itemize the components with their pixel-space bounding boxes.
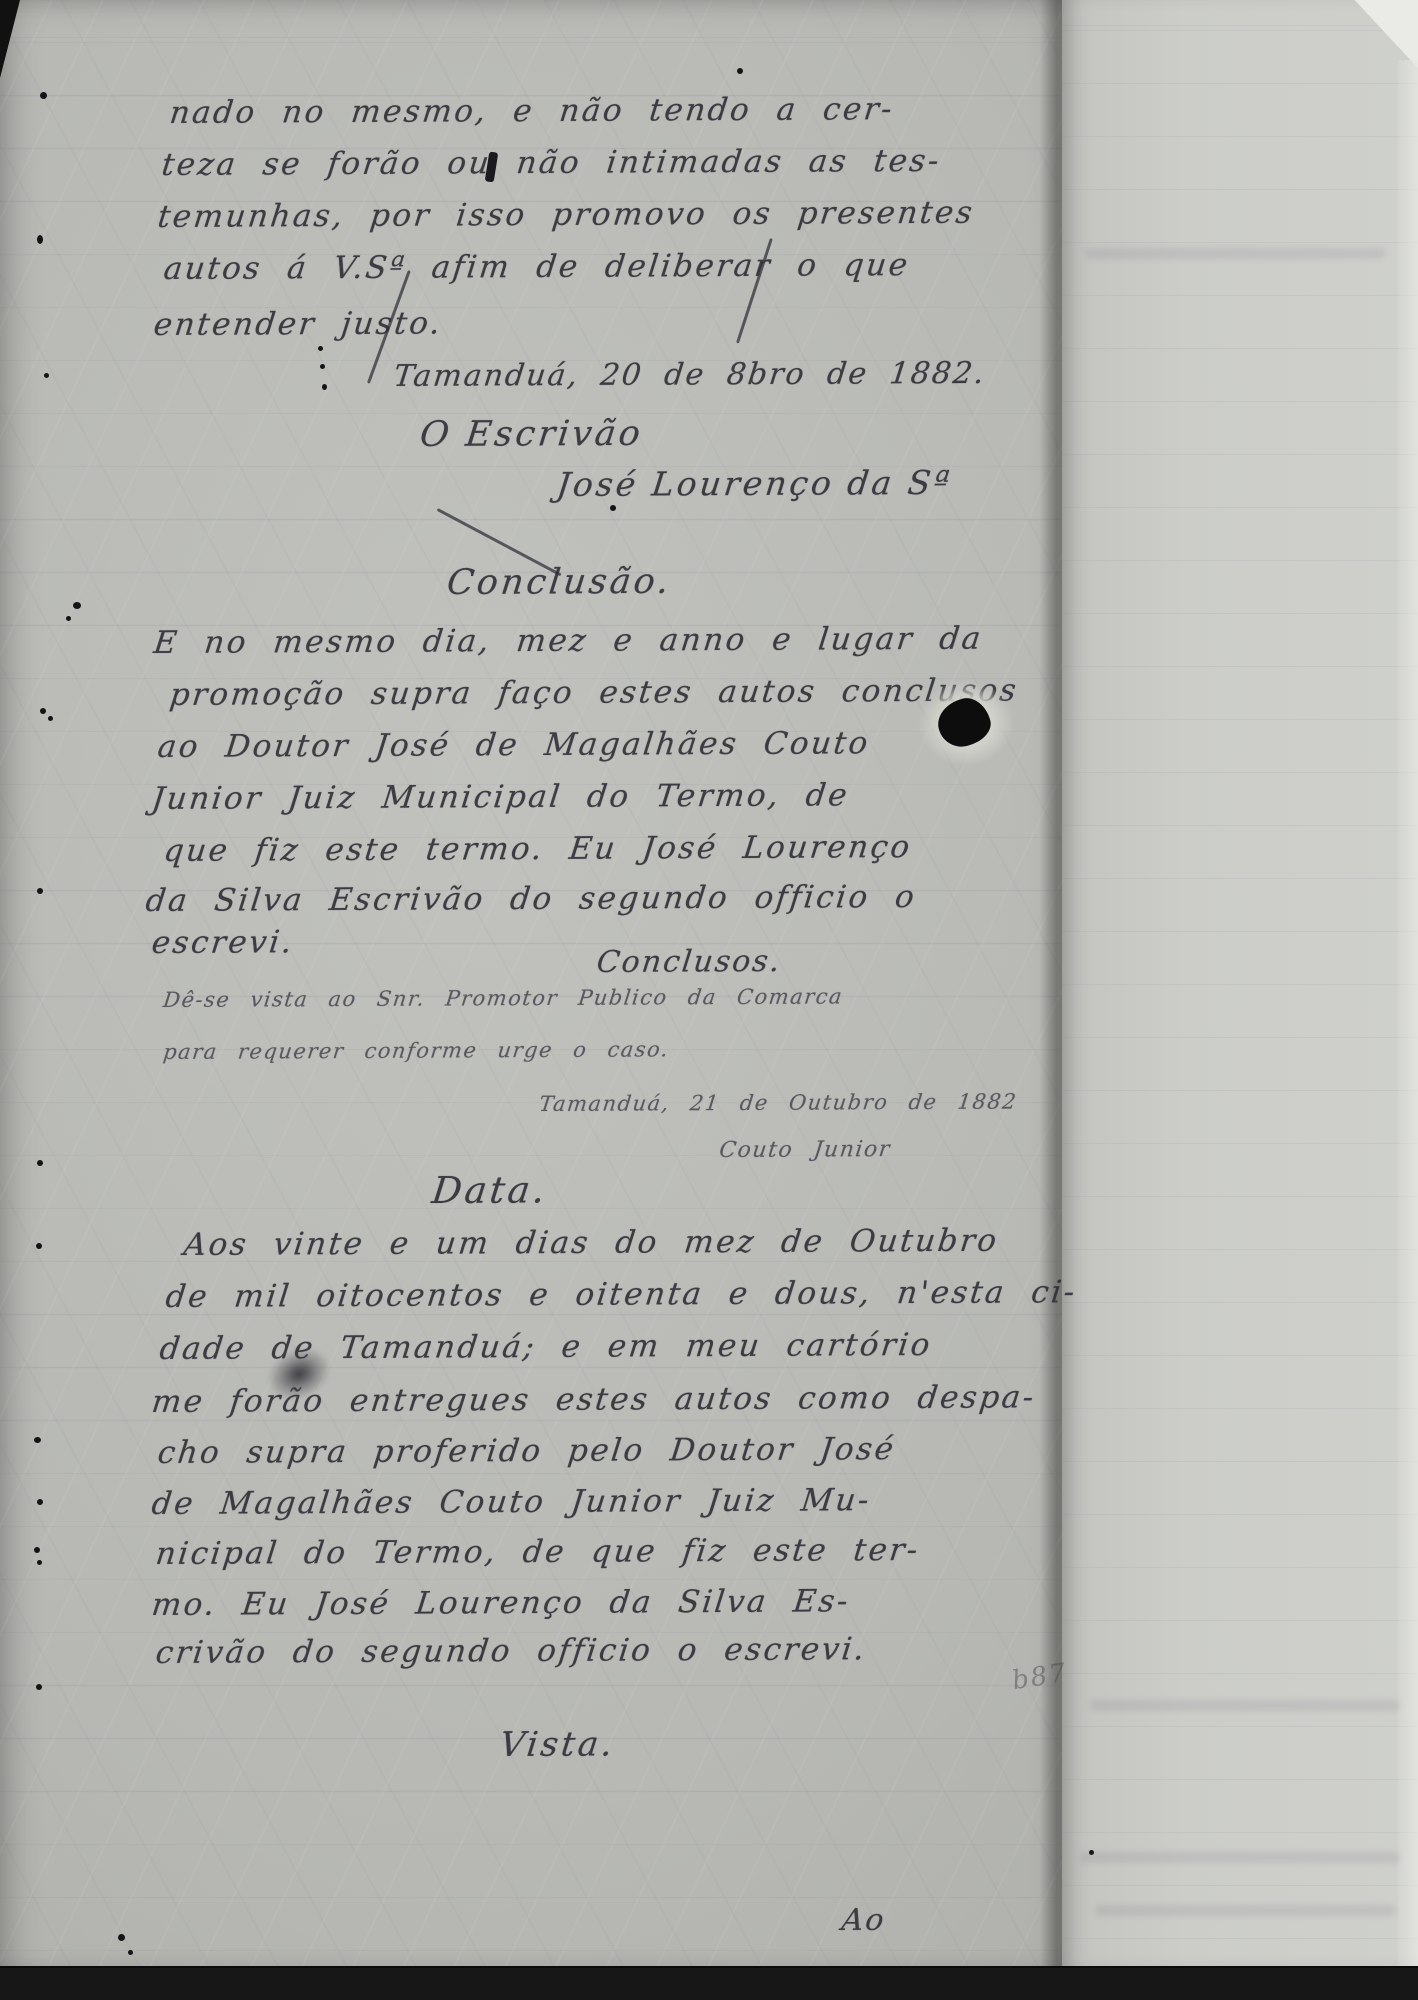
bleed-through-mark	[1080, 1852, 1400, 1863]
manuscript-line: escrevi.	[150, 927, 296, 959]
ink-speck	[37, 1160, 43, 1166]
dateline: Tamanduá, 20 de 8bro de 1882.	[392, 359, 987, 392]
manuscript-line: autos á V.Sª afim de deliberar o que	[162, 250, 911, 285]
next-page-edge	[1062, 0, 1418, 1966]
manuscript-line: mo. Eu José Lourenço da Silva Es-	[150, 1586, 852, 1621]
ink-speck	[48, 716, 53, 721]
role-line: O Escrivão	[418, 417, 645, 453]
ink-speck	[44, 373, 49, 378]
manuscript-line: cho supra proferido pelo Doutor José	[156, 1434, 897, 1469]
scanned-manuscript-page: nado no mesmo, e não tendo a cer- teza s…	[0, 0, 1418, 2000]
despacho-dateline: Tamanduá, 21 de Outubro de 1882	[538, 1091, 1018, 1115]
manuscript-line: de mil oitocentos e oitenta e dous, n'es…	[164, 1277, 1079, 1313]
section-heading-conclusao: Conclusão.	[445, 565, 673, 601]
ink-speck	[320, 364, 325, 369]
bleed-through-mark	[1090, 1700, 1400, 1711]
manuscript-line: teza se forão ou não intimadas as tes-	[160, 146, 943, 181]
ink-speck	[34, 1437, 41, 1443]
section-heading-vista: Vista.	[498, 1727, 617, 1762]
manuscript-paper	[0, 0, 1062, 1966]
manuscript-line: Aos vinte e um dias do mez de Outubro	[182, 1226, 1000, 1261]
despacho-line: para requerer conforme urge o caso.	[162, 1039, 670, 1063]
manuscript-line: de Magalhães Couto Junior Juiz Mu-	[150, 1485, 873, 1520]
scan-bottom-band	[0, 1966, 1418, 2000]
ink-speck	[36, 1243, 42, 1249]
manuscript-line: temunhas, por isso promovo os presentes	[156, 198, 976, 233]
section-heading-data: Data.	[430, 1171, 550, 1209]
signature-escrivao: José Lourenço da Sª	[555, 466, 954, 501]
despacho-line: Dê-se vista ao Snr. Promotor Publico da …	[162, 986, 844, 1011]
manuscript-line: da Silva Escrivão do segundo officio o	[144, 882, 918, 917]
ink-speck	[610, 505, 616, 511]
signature-couto-junior: Couto Junior	[718, 1139, 892, 1162]
ink-speck	[322, 384, 327, 390]
subscription-conclusos: Conclusos.	[595, 947, 783, 978]
bleed-through-mark	[1095, 1905, 1395, 1916]
ink-speck	[40, 92, 47, 99]
manuscript-line: E no mesmo dia, mez e anno e lugar da	[152, 624, 985, 659]
ink-speck	[737, 68, 743, 74]
ink-speck	[128, 1950, 133, 1955]
ink-speck	[37, 235, 43, 244]
manuscript-line: entender justo.	[152, 308, 444, 341]
ink-speck	[318, 346, 323, 351]
ink-speck	[34, 1547, 40, 1553]
catchword: Ao	[840, 1906, 887, 1936]
right-paper-edge	[1398, 60, 1418, 1966]
manuscript-line: Junior Juiz Municipal do Termo, de	[150, 780, 851, 815]
manuscript-line: nicipal do Termo, de que fiz este ter-	[154, 1535, 922, 1570]
ink-speck	[118, 1934, 125, 1941]
manuscript-line: que fiz este termo. Eu José Lourenço	[162, 832, 913, 867]
manuscript-line: promoção supra faço estes autos concluso…	[168, 676, 1020, 711]
manuscript-line: crivão do segundo officio o escrevi.	[154, 1634, 868, 1669]
ink-speck	[36, 1684, 42, 1690]
ink-speck	[66, 616, 71, 621]
ink-speck	[37, 888, 43, 894]
bleed-through-mark	[1085, 248, 1385, 259]
ink-speck	[37, 1499, 43, 1505]
ink-speck	[37, 1560, 42, 1565]
ink-speck	[40, 708, 46, 714]
manuscript-line: nado no mesmo, e não tendo a cer-	[168, 94, 896, 129]
manuscript-line: ao Doutor José de Magalhães Couto	[156, 728, 872, 763]
ink-speck	[73, 602, 81, 609]
